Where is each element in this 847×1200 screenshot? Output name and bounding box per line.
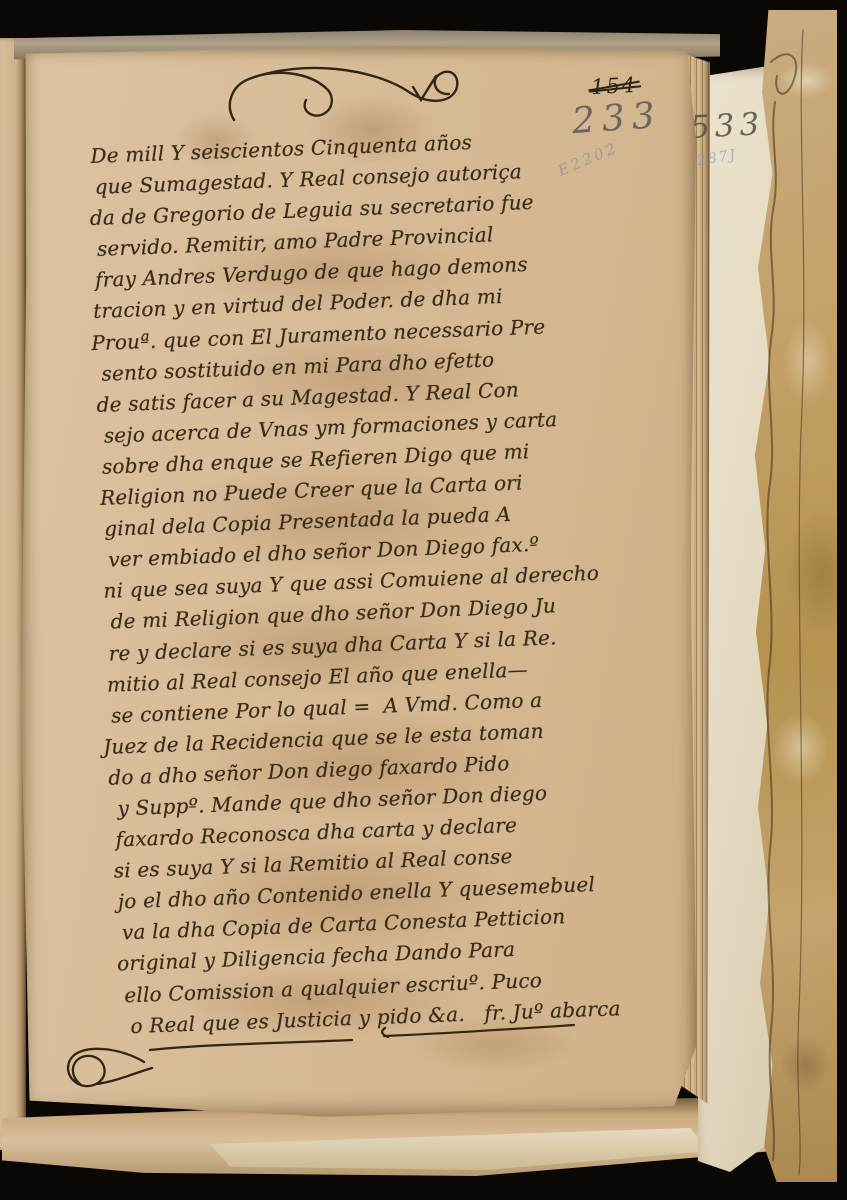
manuscript-text-block: De mill Y seiscientos Cinquenta años que… xyxy=(90,122,628,1042)
crossed-out-folio-number: 154 xyxy=(590,73,637,99)
calligraphic-flourish-top xyxy=(222,64,472,142)
previous-leaf-edge xyxy=(0,38,26,1150)
closing-rule-right xyxy=(378,1022,578,1040)
knot-flourish-bottom xyxy=(60,1040,160,1104)
vellum-wrinkles-graphic xyxy=(733,10,837,1182)
closing-rule-left xyxy=(146,1038,356,1054)
manuscript-scan: 533 287J 154 233 E2202 De mill Y seiscie… xyxy=(0,0,847,1200)
